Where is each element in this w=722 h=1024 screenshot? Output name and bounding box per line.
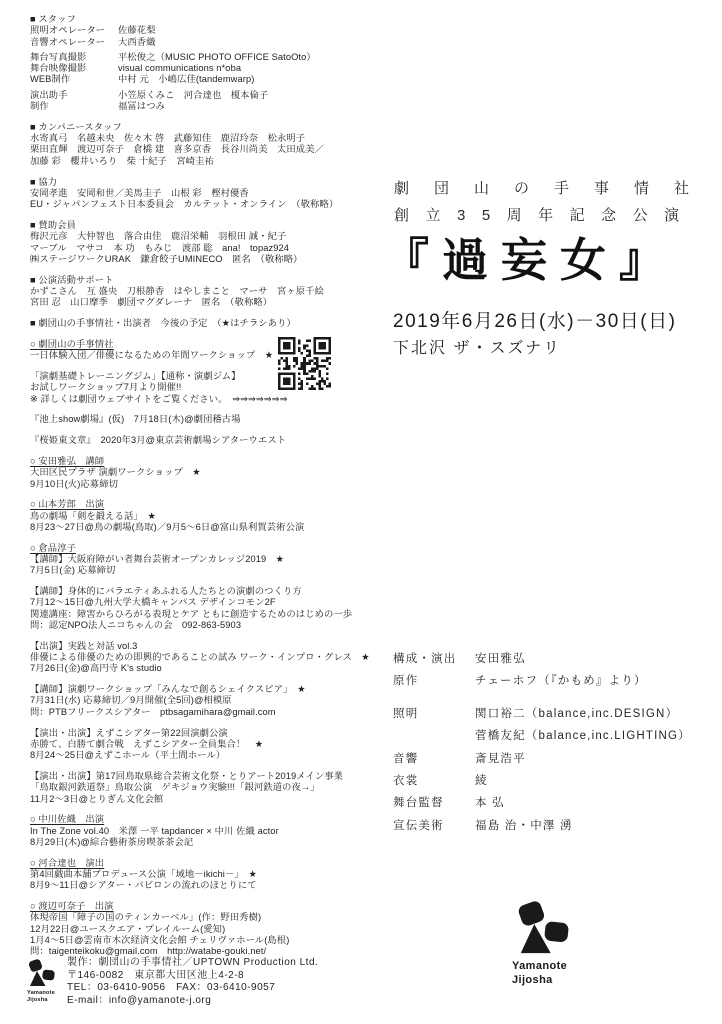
text-line: 体現帝国「障子の国のティンカーベル」(作：野田秀樹) — [30, 912, 370, 923]
text-line: 問：taigenteikoku@gmail.com http://watabe-… — [30, 946, 370, 957]
text-line: 『桜姫東文章』 2020年3月@東京芸術劇場シアターウエスト — [30, 435, 370, 446]
flyer-page: ■ スタッフ照明オペレーター佐藤花梨音響オペレーター大西香織舞台写真撮影平松俊之… — [0, 0, 722, 1024]
section-performance-support-heading: ■ 公演活動サポート — [30, 275, 370, 286]
text-line: 9月10日(火)応募締切 — [30, 479, 370, 490]
logo-text-line: Yamanote — [512, 960, 612, 974]
credit-role-label — [393, 725, 475, 747]
credit-row: 原作チェーホフ（『かもめ』より） — [393, 670, 713, 692]
text-line: 8月24〜25日@えずこホール（平土間ホール） — [30, 750, 370, 761]
schedule-ezuko-theater: 【演出・出演】えずこシアター第22回演劇公演赤勝て、白勝て劇合戦 えずこシアター… — [30, 728, 370, 762]
section-cooperation: ■ 協力安岡孝進 安岡和世／美馬圭子 山根 彩 樫村優香EU・ジャパンフェスト日… — [30, 177, 370, 211]
credits-and-schedule-column: ■ スタッフ照明オペレーター佐藤花梨音響オペレーター大西香織舞台写真撮影平松俊之… — [30, 14, 370, 958]
text-line: 俳優による俳優のための即興的であることの試み ワーク・インプロ・グレス ★ — [30, 652, 370, 663]
schedule-watanabe: ○ 渡辺可奈子 出演体現帝国「障子の国のティンカーベル」(作：野田秀樹)12月2… — [30, 901, 370, 957]
staff-role-label: 舞台写真撮影 — [30, 52, 118, 63]
text-line: 12月22日@ユースクエア・プレイルーム(愛知) — [30, 924, 370, 935]
text-line: 関連講座：障害からひろがる表現とケア ともに創造するためのはじめの一歩 — [30, 609, 370, 620]
text-line: 8月23〜27日@鳥の劇場(鳥取)／9月5〜6日@富山県利賀芸術公演 — [30, 522, 370, 533]
staff-role-label: 照明オペレーター — [30, 25, 118, 36]
staff-row: WEB制作中村 元 小嶋広佳(tandemwarp) — [30, 74, 370, 85]
section-supporting-members: ■ 賛助会員梅沢元彦 大仲智也 落合由佳 鹿沼栄輔 羽根田 誠・紀子マーブル マ… — [30, 220, 370, 265]
staff-row: 舞台映像撮影visual communications n*oba — [30, 63, 370, 74]
staff-role-label: 制作 — [30, 101, 118, 112]
performance-venue: 下北沢 ザ・スズナリ — [393, 341, 561, 357]
text-line: 【講師】身体的にバラエティあふれる人たちとの演劇のつくり方 — [30, 586, 370, 597]
text-line: 宮田 忍 山口摩季 劇団マグダレーナ 匿名 （敬称略） — [30, 297, 370, 308]
text-line: かずこさん 互 盛央 刀根静香 はやしまこと マーサ 宮ヶ原千絵 — [30, 286, 370, 297]
staff-role-label: 演出助手 — [30, 90, 118, 101]
text-line: 「鳥取銀河鉄道祭」鳥取公演 ゲキジョウ実験!!!「銀河鉄道の夜→」 — [30, 782, 370, 793]
text-line: 赤勝て、白勝て劇合戦 えずこシアター全員集合！ ★ — [30, 739, 370, 750]
credit-role-label: 宣伝美術 — [393, 815, 475, 837]
staff-role-label: WEB制作 — [30, 74, 118, 85]
staff-name-value: 福冨はつみ — [118, 101, 165, 112]
company-name: 劇団山の手事情社 — [394, 181, 714, 196]
section-cooperation-heading: ■ 協力 — [30, 177, 370, 188]
staff-name-value: 中村 元 小嶋広佳(tandemwarp) — [118, 74, 254, 85]
credit-row: 宣伝美術福島 治・中澤 湧 — [393, 815, 713, 837]
text-line: 【演出・出演】第17回鳥取県総合芸術文化祭・とりアート2019メイン事業 — [30, 771, 370, 782]
schedule-yamamoto-title: ○ 山本芳郎 出演 — [30, 499, 370, 510]
yamanote-jijosha-logo-icon — [27, 957, 56, 988]
schedule-yamamoto: ○ 山本芳郎 出演鳥の劇場「剣を鍛える話」 ★8月23〜27日@鳥の劇場(鳥取)… — [30, 499, 370, 533]
schedule-kurashina-title: ○ 倉品淳子 — [30, 543, 370, 554]
section-staff-heading: ■ スタッフ — [30, 14, 370, 25]
section-upcoming-heading: ■ 劇団山の手事情社・出演者 今後の予定 （★はチラシあり） — [30, 318, 370, 329]
text-line: 大田区民プラザ 演劇ワークショップ ★ — [30, 467, 370, 478]
schedule-kurashina-kyushu: 【講師】身体的にバラエティあふれる人たちとの演劇のつくり方7月12〜15日@九州… — [30, 586, 370, 631]
credit-name-value: 福島 治・中澤 湧 — [475, 815, 573, 837]
schedule-nakagawa: ○ 中川佐織 出演In The Zone vol.40 米澤 一平 tapdan… — [30, 814, 370, 848]
text-line: 11月2〜3日@とりぎん文化会館 — [30, 794, 370, 805]
text-line: In The Zone vol.40 米澤 一平 tapdancer × 中川 … — [30, 826, 370, 837]
credit-name-value: 本 弘 — [475, 792, 505, 814]
staff-row: 舞台写真撮影平松俊之（MUSIC PHOTO OFFICE SatoOto） — [30, 52, 370, 63]
yamanote-jijosha-logo-icon — [514, 898, 572, 956]
credit-row: 音響斎見浩平 — [393, 748, 713, 770]
text-line: 1月4〜5日@雲南市木次経済文化会館 チェリヴァホール(島根) — [30, 935, 370, 946]
credit-name-value: 斎見浩平 — [475, 748, 526, 770]
credit-role-label: 照明 — [393, 703, 475, 725]
credit-role-label: 構成・演出 — [393, 648, 475, 670]
credit-role-label: 衣裳 — [393, 770, 475, 792]
company-logo-text: YamanoteJijosha — [512, 960, 612, 987]
text-line: 水寄真弓 名越未央 佐々木 啓 武藤知佳 鹿沼玲奈 松永明子 — [30, 133, 370, 144]
section-upcoming-heading-heading: ■ 劇団山の手事情社・出演者 今後の予定 （★はチラシあり） — [30, 318, 370, 329]
logo-text-line: Jijosha — [512, 974, 612, 988]
schedule-tottori-ginga: 【演出・出演】第17回鳥取県総合芸術文化祭・とりアート2019メイン事業「鳥取銀… — [30, 771, 370, 805]
text-line: 安岡孝進 安岡和世／美馬圭子 山根 彩 樫村優香 — [30, 188, 370, 199]
performance-dates: 2019年6月26日(水)－30日(日) — [393, 312, 676, 331]
staff-name-value: 小笠原くみこ 河合達也 榎本倫子 — [118, 90, 268, 101]
staff-row: 照明オペレーター佐藤花梨 — [30, 25, 370, 36]
text-line: 問：認定NPO法人ニコちゃんの会 092-863-5903 — [30, 620, 370, 631]
credit-name-value: 安田雅弘 — [475, 648, 526, 670]
section-performance-support: ■ 公演活動サポートかずこさん 互 盛央 刀根静香 はやしまこと マーサ 宮ヶ原… — [30, 275, 370, 309]
text-line: 栗田直輝 渡辺可奈子 倉橋 建 喜多京香 長谷川尚美 太田成美／ — [30, 144, 370, 155]
section-company-staff-heading: ■ カンパニースタッフ — [30, 122, 370, 133]
production-contact-info: 製作：劇団山の手事情社／UPTOWN Production Ltd.〒146-0… — [67, 957, 318, 1007]
footer-line: 〒146-0082 東京都大田区池上4-2-8 — [67, 970, 318, 983]
text-line: EU・ジャパンフェスト日本委員会 カルテット・オンライン （敬称略） — [30, 199, 370, 210]
staff-role-label: 音響オペレーター — [30, 37, 118, 48]
credit-role-label: 原作 — [393, 670, 475, 692]
schedule-kawai-title: ○ 河合達也 演出 — [30, 858, 370, 869]
text-line: ㈱ステージワークURAK 鎌倉餃子UMINECO 匿名 （敬称略） — [30, 254, 370, 265]
credit-row: 照明関口裕二（balance,inc.DESIGN） — [393, 703, 713, 725]
credit-role-label: 舞台監督 — [393, 792, 475, 814]
footer-line: E-mail：info@yamanote-j.org — [67, 995, 318, 1008]
schedule-kurashina: ○ 倉品淳子【講師】大阪府障がい者舞台芸術オープンカレッジ2019 ★7月5日(… — [30, 543, 370, 577]
schedule-jissen-taiwa: 【出演】実践と対話 vol.3俳優による俳優のための即興的であることの試み ワー… — [30, 641, 370, 675]
staff-row: 演出助手小笠原くみこ 河合達也 榎本倫子 — [30, 90, 370, 101]
credit-row: 舞台監督本 弘 — [393, 792, 713, 814]
schedule-watanabe-title: ○ 渡辺可奈子 出演 — [30, 901, 370, 912]
schedule-ikegami-show: 『池上show劇場』(仮) 7月18日(木)@劇団稽古場 — [30, 414, 370, 425]
schedule-sakurahime: 『桜姫東文章』 2020年3月@東京芸術劇場シアターウエスト — [30, 435, 370, 446]
qr-code-pattern — [278, 337, 331, 390]
credit-name-value: 綾 — [475, 770, 488, 792]
staff-name-value: 佐藤花梨 — [118, 25, 156, 36]
production-title: 『過妄女』 — [383, 237, 678, 283]
company-logo: YamanoteJijosha — [512, 898, 612, 987]
logo-text-line: Yamanote — [27, 990, 67, 997]
schedule-yasuda-title: ○ 安田雅弘 講師 — [30, 456, 370, 467]
logo-text-line: Jijosha — [27, 997, 67, 1004]
credit-row: 菅橋友紀（balance,inc.LIGHTING） — [393, 725, 713, 747]
staff-name-value: visual communications n*oba — [118, 63, 241, 74]
footer-logo: YamanoteJijosha — [27, 957, 67, 1003]
schedule-kawai: ○ 河合達也 演出第4回戯曲本舗プロデュース公演「域地－ikichi－」 ★8月… — [30, 858, 370, 892]
text-line: 7月31日(水) 応募締切／9月開催(全5回)@相模原 — [30, 695, 370, 706]
production-credits: 構成・演出安田雅弘原作チェーホフ（『かもめ』より）照明関口裕二（balance,… — [393, 648, 713, 837]
credit-role-label: 音響 — [393, 748, 475, 770]
staff-row: 制作福冨はつみ — [30, 101, 370, 112]
credit-name-value: チェーホフ（『かもめ』より） — [475, 670, 647, 692]
staff-role-label: 舞台映像撮影 — [30, 63, 118, 74]
section-staff: ■ スタッフ照明オペレーター佐藤花梨音響オペレーター大西香織舞台写真撮影平松俊之… — [30, 14, 370, 112]
credit-name-value: 関口裕二（balance,inc.DESIGN） — [475, 703, 678, 725]
text-line: 7月26日(金)@高円寺 K's studio — [30, 663, 370, 674]
footer-line: 製作：劇団山の手事情社／UPTOWN Production Ltd. — [67, 957, 318, 970]
schedule-shakespeare-ws: 【講師】演劇ワークショップ「みんなで創るシェイクスピア」 ★7月31日(水) 応… — [30, 684, 370, 718]
footer-logo-text: YamanoteJijosha — [27, 990, 67, 1003]
credit-row: 構成・演出安田雅弘 — [393, 648, 713, 670]
text-line: ※ 詳しくは劇団ウェブサイトをご覧ください。 ⇒⇒⇒⇒⇒⇒⇒ — [30, 394, 370, 405]
text-line: マーブル マサコ 本 功 もみじ 渡部 聡 ana! topaz924 — [30, 243, 370, 254]
credit-row: 衣裳綾 — [393, 770, 713, 792]
anniversary-line: 創立35周年記念公演 — [394, 208, 696, 223]
schedule-nakagawa-title: ○ 中川佐織 出演 — [30, 814, 370, 825]
text-line: 8月29日(木)@綜合藝術茶房喫茶茶会記 — [30, 837, 370, 848]
text-line: 【講師】大阪府障がい者舞台芸術オープンカレッジ2019 ★ — [30, 554, 370, 565]
text-line: 加藤 彩 櫻井いろり 柴 十紀子 宮崎圭祐 — [30, 156, 370, 167]
text-line: 鳥の劇場「剣を鍛える話」 ★ — [30, 511, 370, 522]
staff-name-value: 平松俊之（MUSIC PHOTO OFFICE SatoOto） — [118, 52, 316, 63]
text-line: 梅沢元彦 大仲智也 落合由佳 鹿沼栄輔 羽根田 誠・紀子 — [30, 231, 370, 242]
text-line: 7月5日(金) 応募締切 — [30, 565, 370, 576]
section-supporting-members-heading: ■ 賛助会員 — [30, 220, 370, 231]
text-line: 第4回戯曲本舗プロデュース公演「域地－ikichi－」 ★ — [30, 869, 370, 880]
text-line: 【出演】実践と対話 vol.3 — [30, 641, 370, 652]
schedule-yasuda: ○ 安田雅弘 講師大田区民プラザ 演劇ワークショップ ★9月10日(火)応募締切 — [30, 456, 370, 490]
text-line: 【講師】演劇ワークショップ「みんなで創るシェイクスピア」 ★ — [30, 684, 370, 695]
credit-name-value: 菅橋友紀（balance,inc.LIGHTING） — [475, 725, 691, 747]
section-company-staff: ■ カンパニースタッフ水寄真弓 名越未央 佐々木 啓 武藤知佳 鹿沼玲奈 松永明… — [30, 122, 370, 167]
footer-line: TEL：03-6410-9056 FAX：03-6410-9057 — [67, 982, 318, 995]
text-line: 問：PTBフリークスシアター ptbsagamihara@gmail.com — [30, 707, 370, 718]
staff-name-value: 大西香織 — [118, 37, 156, 48]
qr-code-icon — [278, 337, 331, 390]
text-line: 【演出・出演】えずこシアター第22回演劇公演 — [30, 728, 370, 739]
text-line: 『池上show劇場』(仮) 7月18日(木)@劇団稽古場 — [30, 414, 370, 425]
text-line: 7月12〜15日@九州大学大橋キャンパス デザインコモン2F — [30, 597, 370, 608]
staff-row: 音響オペレーター大西香織 — [30, 37, 370, 48]
text-line: 8月9〜11日@シアター・バビロンの流れのほとりにて — [30, 880, 370, 891]
